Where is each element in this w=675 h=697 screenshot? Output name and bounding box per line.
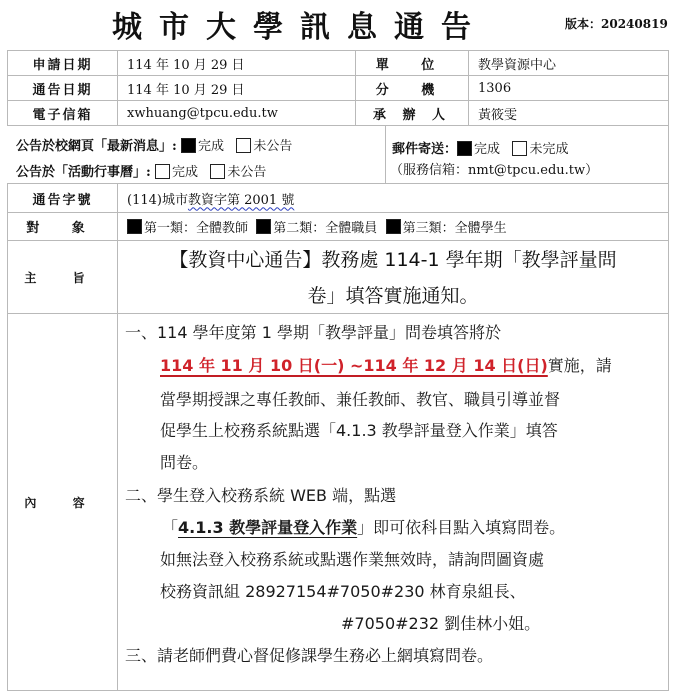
content-item-1-line-4: 促學生上校務系統點選「4.1.3 教學評量登入作業」填答 [160,418,558,441]
email-value: xwhuang@tpcu.edu.tw [117,100,356,126]
notice-date-value: 114 年 10 月 29 日 [117,75,356,101]
mail-done-label: 完成 [474,142,500,157]
calendar-not-checkbox[interactable] [210,164,225,179]
subject-label: 主 旨 [7,240,118,314]
mail-not-checkbox[interactable] [512,141,527,156]
website-done-label: 完成 [198,139,224,154]
mail-service-text: （服務信箱：nmt@tpcu.edu.tw） [390,163,598,178]
mail-done-checkbox[interactable] [457,141,472,156]
publish-status-cell: 公告於校網頁「最新消息」: 完成 未公告 公告於「活動行事曆」: 完成 未公告 [7,125,386,184]
calendar-not-label: 未公告 [227,165,266,180]
calendar-publish-label: 公告於「活動行事曆」: [16,165,151,180]
target-students-checkbox[interactable] [386,219,401,234]
open-bracket: 「 [162,518,178,537]
subject-value: 【教資中心通告】教務處 114-1 學年期「教學評量問 卷」填答實施通知。 [117,240,669,314]
notice-no-label: 通告字號 [7,183,118,213]
survey-date-range: 114 年 11 月 10 日(一) ~114 年 12 月 14 日(日) [160,356,548,375]
document-header: 城市大學訊息通告 版本：20240819 [0,0,675,46]
apply-date-label: 申請日期 [7,50,118,76]
mail-not-label: 未完成 [529,142,568,157]
notice-date-label: 通告日期 [7,75,118,101]
content-item-1-line-1: 一、114 學年度第 1 學期「教學評量」問卷填答將於 [125,320,501,343]
subject-line-2: 卷」填答實施通知。 [128,278,658,314]
content-item-2-line-3: 如無法登入校務系統或點選作業無效時，請詢問圖資處 [160,547,544,570]
website-not-checkbox[interactable] [236,138,251,153]
target-value: 第一類：全體教師 第二類：全體職員 第三類：全體學生 [117,212,669,241]
unit-value: 教學資源中心 [468,50,669,76]
handler-label: 承 辦 人 [355,100,469,126]
content-body: 一、114 學年度第 1 學期「教學評量」問卷填答將於 114 年 11 月 1… [117,313,669,691]
website-publish-label: 公告於校網頁「最新消息」: [16,139,177,154]
subject-line-1: 【教資中心通告】教務處 114-1 學年期「教學評量問 [128,242,658,278]
content-label: 內 容 [7,313,118,691]
content-item-1-line-2-tail: 實施，請 [548,356,612,375]
mail-send-label: 郵件寄送： [392,142,457,157]
email-label: 電子信箱 [7,100,118,126]
target-teachers-checkbox[interactable] [127,219,142,234]
target-staff-checkbox[interactable] [256,219,271,234]
notice-no-value: (114)城市教資字第 2001 號 [117,183,669,213]
website-done-checkbox[interactable] [181,138,196,153]
website-not-label: 未公告 [253,139,292,154]
mail-send-line: 郵件寄送：完成 未完成 [392,138,568,157]
ext-value: 1306 [468,75,669,101]
content-item-1-line-3: 當學期授課之專任教師、兼任教師、教官、職員引導並督 [160,387,560,410]
content-item-3-line-1: 三、請老師們費心督促修課學生務必上網填寫問卷。 [125,643,493,666]
ext-label: 分 機 [355,75,469,101]
notice-no-prefix: (114)城市 [127,189,188,208]
version-label: 版本：20240819 [565,15,668,32]
target-teachers-label: 第一類：全體教師 [144,217,248,236]
calendar-done-label: 完成 [172,165,198,180]
evaluation-login-link[interactable]: 4.1.3 教學評量登入作業 [178,518,357,537]
content-item-1-line-5: 問卷。 [160,450,208,473]
target-students-label: 第三類：全體學生 [403,217,507,236]
target-label: 對 象 [7,212,118,241]
content-item-2-line-2: 「4.1.3 教學評量登入作業」即可依科目點入填寫問卷。 [162,515,565,538]
notice-no-number: 教資字第 2001 號 [188,189,294,208]
calendar-publish-line: 公告於「活動行事曆」: 完成 未公告 [16,161,266,180]
document-title: 城市大學訊息通告 [112,2,488,46]
content-item-2-line-1: 二、學生登入校務系統 WEB 端，點選 [125,483,396,506]
handler-value: 黃筱雯 [468,100,669,126]
mail-service-line: （服務信箱：nmt@tpcu.edu.tw） [390,159,598,178]
target-staff-label: 第二類：全體職員 [273,217,377,236]
mail-status-cell: 郵件寄送：完成 未完成 （服務信箱：nmt@tpcu.edu.tw） [385,125,669,184]
content-item-2-line-2-tail: 」即可依科目點入填寫問卷。 [357,518,565,537]
content-item-2-line-5: #7050#232 劉佳林小姐。 [341,611,540,634]
unit-label: 單 位 [355,50,469,76]
content-item-2-line-4: 校務資訊組 28927154#7050#230 林育泉組長、 [160,579,526,602]
content-item-1-line-2: 114 年 11 月 10 日(一) ~114 年 12 月 14 日(日)實施… [160,353,612,376]
apply-date-value: 114 年 10 月 29 日 [117,50,356,76]
calendar-done-checkbox[interactable] [155,164,170,179]
website-publish-line: 公告於校網頁「最新消息」: 完成 未公告 [16,135,292,154]
